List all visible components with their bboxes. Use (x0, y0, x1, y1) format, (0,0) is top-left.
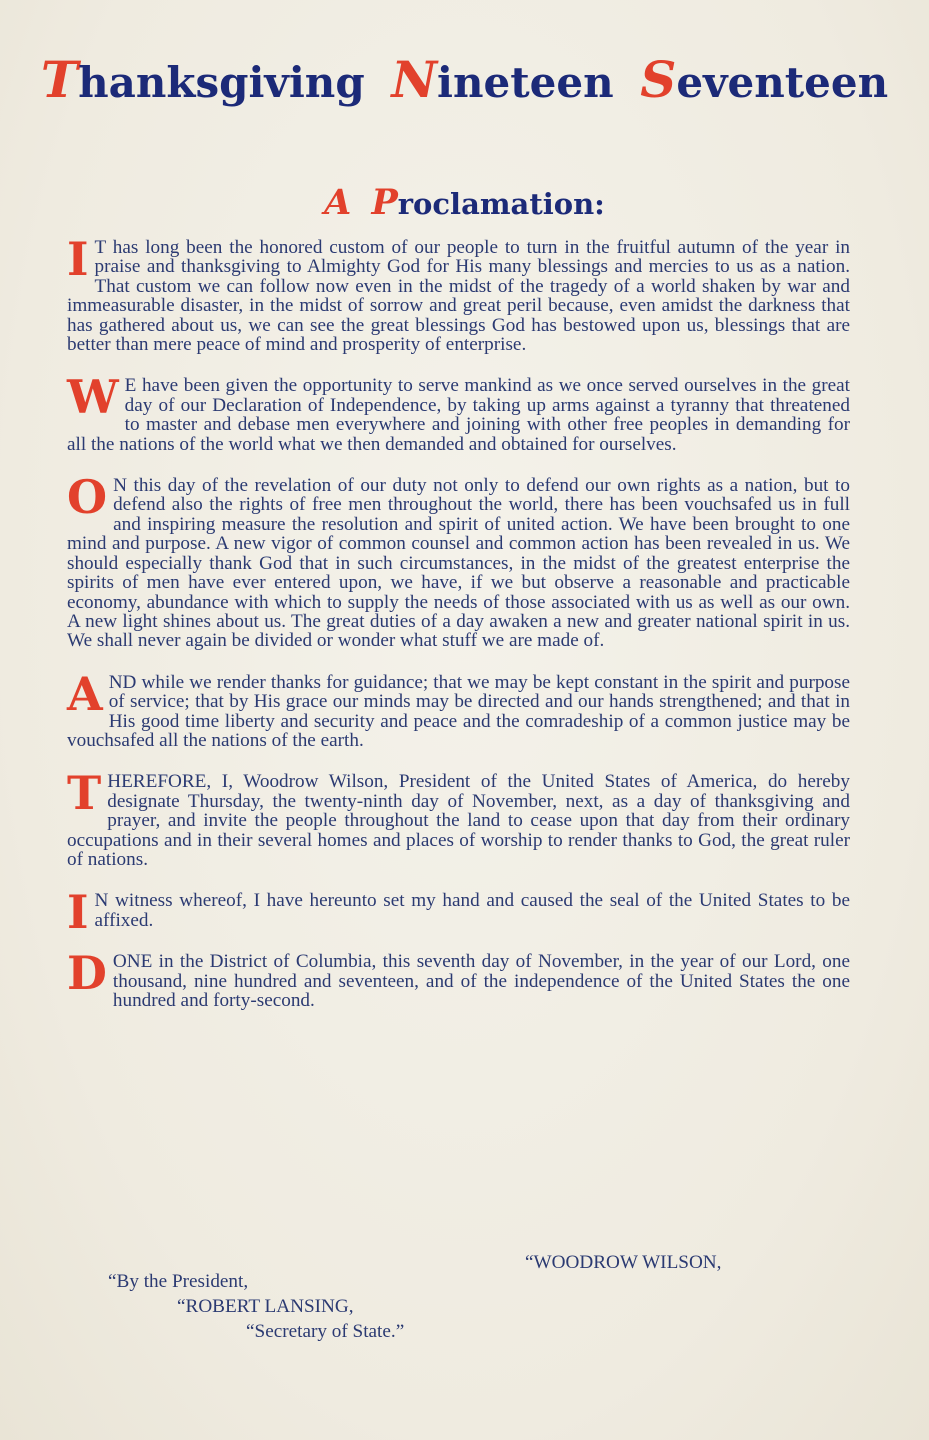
signature-president: “WOODROW WILSON, (525, 1252, 721, 1274)
subtitle-initial: P (371, 182, 397, 223)
title-initial: T (41, 50, 78, 109)
title-rest: eventeen (676, 58, 888, 107)
document-title: Thanksgiving Nineteen Seventeen (0, 50, 929, 109)
drop-cap: D (67, 954, 107, 992)
document-subtitle: A Proclamation: (0, 182, 929, 223)
paragraph-custom: IT has long been the honored custom of o… (67, 238, 850, 354)
by-the-president: “By the President, (108, 1271, 248, 1293)
title-word-thanksgiving: Thanksgiving (41, 58, 365, 107)
paragraph-text: N this day of the revelation of our duty… (67, 475, 850, 651)
title-rest: hanksgiving (78, 58, 365, 107)
paragraph-text: HEREFORE, I, Woodrow Wilson, President o… (67, 771, 850, 870)
paragraph-therefore: THEREFORE, I, Woodrow Wilson, President … (67, 772, 850, 869)
paragraph-text: N witness whereof, I have hereunto set m… (95, 890, 850, 930)
paragraph-witness: IN witness whereof, I have hereunto set … (67, 891, 850, 930)
title-word-seventeen: Seventeen (640, 58, 888, 107)
signature-secretary: “ROBERT LANSING, (177, 1296, 354, 1318)
paragraph-text: ONE in the District of Columbia, this se… (113, 951, 850, 1011)
title-rest: ineteen (437, 58, 614, 107)
subtitle-article: A (324, 182, 351, 223)
drop-cap: I (67, 893, 89, 931)
paragraph-text: ND while we render thanks for guidance; … (67, 672, 850, 751)
paragraph-done: DONE in the District of Columbia, this s… (67, 952, 850, 1010)
title-initial: N (391, 50, 437, 109)
title-word-nineteen: Nineteen (391, 58, 613, 107)
drop-cap: A (67, 675, 103, 713)
drop-cap: I (67, 240, 89, 278)
paragraph-text: E have been given the opportunity to ser… (67, 375, 850, 454)
paragraph-text: T has long been the honored custom of ou… (67, 237, 850, 355)
secretary-title: “Secretary of State.” (246, 1321, 404, 1343)
drop-cap: O (67, 478, 107, 516)
paragraph-guidance: AND while we render thanks for guidance;… (67, 673, 850, 751)
title-initial: S (640, 50, 676, 109)
proclamation-body: IT has long been the honored custom of o… (67, 238, 850, 1032)
drop-cap: T (67, 774, 101, 812)
paragraph-opportunity: WE have been given the opportunity to se… (67, 376, 850, 454)
drop-cap: W (67, 378, 119, 416)
paragraph-revelation: ON this day of the revelation of our dut… (67, 476, 850, 651)
subtitle-rest: roclamation: (398, 187, 605, 221)
